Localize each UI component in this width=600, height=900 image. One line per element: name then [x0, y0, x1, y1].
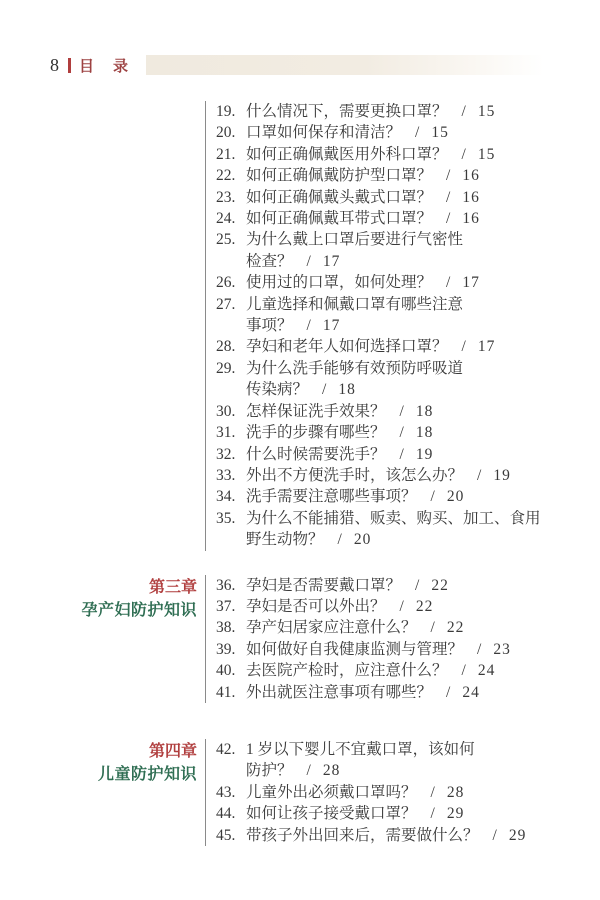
entry-page-number: 17 [323, 317, 341, 334]
toc-entry: 26.使用过的口罩，如何处理？/17 [216, 272, 600, 293]
page-separator-slash: / [446, 274, 450, 291]
chapter-title: 孕产妇防护知识 [0, 599, 197, 622]
entry-number: 19. [216, 101, 246, 122]
entry-page-number: 15 [478, 146, 496, 163]
entry-number: 37. [216, 596, 246, 617]
page-separator-slash: / [307, 762, 311, 779]
toc-entry: 43.儿童外出必须戴口罩吗？/28 [216, 782, 600, 803]
entry-text: 去医院产检时，应注意什么？ [246, 662, 448, 679]
entry-page-number: 22 [416, 598, 434, 615]
page-separator-slash: / [493, 827, 497, 844]
header-gradient-band [146, 55, 544, 75]
page-separator-slash: / [431, 488, 435, 505]
entry-line: 事项？/17 [216, 315, 600, 336]
entry-text: 孕妇是否需要戴口罩？ [246, 577, 401, 594]
entry-number: 31. [216, 422, 246, 443]
entry-line: 检查？/17 [216, 251, 600, 272]
entry-text: 如何正确佩戴头戴式口罩？ [246, 189, 432, 206]
toc-section: 第四章儿童防护知识42.1 岁以下婴儿不宜戴口罩，该如何防护？/2843.儿童外… [0, 739, 600, 846]
entry-page-number: 18 [416, 403, 434, 420]
page-separator-slash: / [400, 403, 404, 420]
toc-entry: 39.如何做好自我健康监测与管理？/23 [216, 639, 600, 660]
entry-text: 怎样保证洗手效果？ [246, 403, 386, 420]
page-separator-slash: / [431, 784, 435, 801]
page-separator-slash: / [431, 805, 435, 822]
toc-header-title: 目 录 [79, 55, 130, 76]
entry-line: 29.为什么洗手能够有效预防呼吸道 [216, 358, 600, 379]
entry-number: 35. [216, 508, 246, 529]
page-separator-slash: / [400, 598, 404, 615]
entry-page-number: 16 [462, 167, 480, 184]
page-separator-slash: / [415, 124, 419, 141]
entry-page-number: 20 [354, 531, 372, 548]
entry-line: 38.孕产妇居家应注意什么？/22 [216, 617, 600, 638]
page-separator-slash: / [431, 619, 435, 636]
entry-number: 25. [216, 229, 246, 250]
entry-line: 防护？/28 [216, 760, 600, 781]
page-separator-slash: / [477, 641, 481, 658]
entry-line: 30.怎样保证洗手效果？/18 [216, 401, 600, 422]
entry-number: 39. [216, 639, 246, 660]
toc-entry: 42.1 岁以下婴儿不宜戴口罩，该如何防护？/28 [216, 739, 600, 782]
page-separator-slash: / [446, 189, 450, 206]
entry-text: 洗手需要注意哪些事项？ [246, 488, 417, 505]
toc-entry: 35.为什么不能捕猎、贩卖、购买、加工、食用野生动物？/20 [216, 508, 600, 551]
toc-entry: 28.孕妇和老年人如何选择口罩？/17 [216, 336, 600, 357]
toc-entry-list: 19.什么情况下，需要更换口罩？/1520.口罩如何保存和清洁？/1521.如何… [205, 101, 600, 551]
entry-page-number: 16 [462, 210, 480, 227]
page-separator-slash: / [338, 531, 342, 548]
toc-entry-list: 36.孕妇是否需要戴口罩？/2237.孕妇是否可以外出？/2238.孕产妇居家应… [205, 575, 600, 703]
entry-number: 42. [216, 739, 246, 760]
entry-text: 孕产妇居家应注意什么？ [246, 619, 417, 636]
entry-line: 28.孕妇和老年人如何选择口罩？/17 [216, 336, 600, 357]
entry-line: 41.外出就医注意事项有哪些？/24 [216, 682, 600, 703]
entry-line: 32.什么时候需要洗手？/19 [216, 444, 600, 465]
entry-line: 40.去医院产检时，应注意什么？/24 [216, 660, 600, 681]
toc-entry: 32.什么时候需要洗手？/19 [216, 444, 600, 465]
entry-line: 34.洗手需要注意哪些事项？/20 [216, 486, 600, 507]
entry-text: 野生动物？ [246, 531, 324, 548]
entry-page-number: 16 [462, 189, 480, 206]
page-separator-slash: / [400, 424, 404, 441]
entry-number: 21. [216, 144, 246, 165]
toc-entry: 38.孕产妇居家应注意什么？/22 [216, 617, 600, 638]
entry-line: 44.如何让孩子接受戴口罩？/29 [216, 803, 600, 824]
entry-text: 检查？ [246, 253, 293, 270]
entry-text: 如何做好自我健康监测与管理？ [246, 641, 463, 658]
entry-text: 儿童外出必须戴口罩吗？ [246, 784, 417, 801]
entry-number: 43. [216, 782, 246, 803]
entry-text: 外出就医注意事项有哪些？ [246, 684, 432, 701]
entry-number: 26. [216, 272, 246, 293]
page-separator-slash: / [446, 684, 450, 701]
chapter-title: 儿童防护知识 [0, 763, 197, 786]
entry-page-number: 15 [431, 124, 449, 141]
entry-number: 38. [216, 617, 246, 638]
entry-number: 44. [216, 803, 246, 824]
page-separator-slash: / [462, 146, 466, 163]
entry-line: 19.什么情况下，需要更换口罩？/15 [216, 101, 600, 122]
entry-page-number: 17 [478, 338, 496, 355]
toc-entry: 21.如何正确佩戴医用外科口罩？/15 [216, 144, 600, 165]
entry-text: 如何正确佩戴医用外科口罩？ [246, 146, 448, 163]
entry-text: 孕妇是否可以外出？ [246, 598, 386, 615]
header-accent-bar [68, 58, 71, 73]
page-separator-slash: / [462, 103, 466, 120]
entry-line: 25.为什么戴上口罩后要进行气密性 [216, 229, 600, 250]
page-separator-slash: / [307, 317, 311, 334]
page-separator-slash: / [462, 338, 466, 355]
chapter-number: 第三章 [0, 576, 197, 599]
page-separator-slash: / [415, 577, 419, 594]
entry-line: 20.口罩如何保存和清洁？/15 [216, 122, 600, 143]
entry-page-number: 29 [447, 805, 465, 822]
entry-page-number: 19 [416, 446, 434, 463]
chapter-number: 第四章 [0, 740, 197, 763]
entry-number: 27. [216, 294, 246, 315]
page-separator-slash: / [477, 467, 481, 484]
toc-entry: 45.带孩子外出回来后，需要做什么？/29 [216, 825, 600, 846]
entry-text: 1 岁以下婴儿不宜戴口罩，该如何 [246, 741, 475, 758]
entry-text: 口罩如何保存和清洁？ [246, 124, 401, 141]
entry-number: 32. [216, 444, 246, 465]
toc-sections: 19.什么情况下，需要更换口罩？/1520.口罩如何保存和清洁？/1521.如何… [0, 101, 600, 846]
chapter-label: 第三章孕产妇防护知识 [0, 575, 205, 703]
entry-number: 45. [216, 825, 246, 846]
toc-entry: 24.如何正确佩戴耳带式口罩？/16 [216, 208, 600, 229]
toc-entry: 44.如何让孩子接受戴口罩？/29 [216, 803, 600, 824]
entry-line: 35.为什么不能捕猎、贩卖、购买、加工、食用 [216, 508, 600, 529]
toc-entry: 27.儿童选择和佩戴口罩有哪些注意事项？/17 [216, 294, 600, 337]
entry-line: 36.孕妇是否需要戴口罩？/22 [216, 575, 600, 596]
toc-entry: 33.外出不方便洗手时，该怎么办？/19 [216, 465, 600, 486]
entry-number: 28. [216, 336, 246, 357]
entry-page-number: 17 [462, 274, 480, 291]
entry-text: 如何让孩子接受戴口罩？ [246, 805, 417, 822]
entry-line: 45.带孩子外出回来后，需要做什么？/29 [216, 825, 600, 846]
entry-page-number: 24 [478, 662, 496, 679]
entry-number: 29. [216, 358, 246, 379]
entry-line: 野生动物？/20 [216, 529, 600, 550]
entry-text: 洗手的步骤有哪些？ [246, 424, 386, 441]
entry-number: 41. [216, 682, 246, 703]
entry-text: 什么时候需要洗手？ [246, 446, 386, 463]
entry-line: 33.外出不方便洗手时，该怎么办？/19 [216, 465, 600, 486]
toc-entry: 19.什么情况下，需要更换口罩？/15 [216, 101, 600, 122]
entry-line: 传染病？/18 [216, 379, 600, 400]
page-separator-slash: / [446, 210, 450, 227]
entry-line: 37.孕妇是否可以外出？/22 [216, 596, 600, 617]
entry-number: 40. [216, 660, 246, 681]
entry-line: 21.如何正确佩戴医用外科口罩？/15 [216, 144, 600, 165]
entry-text: 为什么洗手能够有效预防呼吸道 [246, 360, 463, 377]
toc-entry-list: 42.1 岁以下婴儿不宜戴口罩，该如何防护？/2843.儿童外出必须戴口罩吗？/… [205, 739, 600, 846]
entry-text: 什么情况下，需要更换口罩？ [246, 103, 448, 120]
toc-entry: 41.外出就医注意事项有哪些？/24 [216, 682, 600, 703]
toc-entry: 36.孕妇是否需要戴口罩？/22 [216, 575, 600, 596]
entry-page-number: 28 [323, 762, 341, 779]
entry-page-number: 28 [447, 784, 465, 801]
entry-number: 24. [216, 208, 246, 229]
entry-line: 23.如何正确佩戴头戴式口罩？/16 [216, 187, 600, 208]
chapter-label: 第四章儿童防护知识 [0, 739, 205, 846]
entry-text: 防护？ [246, 762, 293, 779]
entry-line: 39.如何做好自我健康监测与管理？/23 [216, 639, 600, 660]
page-separator-slash: / [462, 662, 466, 679]
entry-number: 36. [216, 575, 246, 596]
page-separator-slash: / [322, 381, 326, 398]
entry-line: 22.如何正确佩戴防护型口罩？/16 [216, 165, 600, 186]
entry-line: 27.儿童选择和佩戴口罩有哪些注意 [216, 294, 600, 315]
page-separator-slash: / [446, 167, 450, 184]
toc-entry: 34.洗手需要注意哪些事项？/20 [216, 486, 600, 507]
entry-number: 33. [216, 465, 246, 486]
toc-entry: 29.为什么洗手能够有效预防呼吸道传染病？/18 [216, 358, 600, 401]
entry-page-number: 22 [431, 577, 449, 594]
entry-line: 43.儿童外出必须戴口罩吗？/28 [216, 782, 600, 803]
entry-line: 26.使用过的口罩，如何处理？/17 [216, 272, 600, 293]
entry-text: 带孩子外出回来后，需要做什么？ [246, 827, 479, 844]
entry-text: 儿童选择和佩戴口罩有哪些注意 [246, 296, 463, 313]
toc-entry: 37.孕妇是否可以外出？/22 [216, 596, 600, 617]
entry-text: 为什么戴上口罩后要进行气密性 [246, 231, 463, 248]
entry-number: 23. [216, 187, 246, 208]
toc-section: 第三章孕产妇防护知识36.孕妇是否需要戴口罩？/2237.孕妇是否可以外出？/2… [0, 575, 600, 703]
toc-entry: 22.如何正确佩戴防护型口罩？/16 [216, 165, 600, 186]
entry-page-number: 24 [462, 684, 480, 701]
entry-text: 如何正确佩戴耳带式口罩？ [246, 210, 432, 227]
entry-text: 事项？ [246, 317, 293, 334]
page-separator-slash: / [400, 446, 404, 463]
toc-entry: 23.如何正确佩戴头戴式口罩？/16 [216, 187, 600, 208]
entry-line: 31.洗手的步骤有哪些？/18 [216, 422, 600, 443]
toc-entry: 25.为什么戴上口罩后要进行气密性检查？/17 [216, 229, 600, 272]
page-header: 8 目 录 [50, 54, 600, 76]
entry-text: 为什么不能捕猎、贩卖、购买、加工、食用 [246, 510, 541, 527]
page-separator-slash: / [307, 253, 311, 270]
entry-number: 30. [216, 401, 246, 422]
book-page: { "header": { "page_number": "8", "title… [0, 0, 600, 900]
entry-line: 42.1 岁以下婴儿不宜戴口罩，该如何 [216, 739, 600, 760]
page-number: 8 [50, 54, 59, 76]
entry-text: 孕妇和老年人如何选择口罩？ [246, 338, 448, 355]
entry-number: 20. [216, 122, 246, 143]
entry-line: 24.如何正确佩戴耳带式口罩？/16 [216, 208, 600, 229]
entry-text: 如何正确佩戴防护型口罩？ [246, 167, 432, 184]
entry-text: 外出不方便洗手时，该怎么办？ [246, 467, 463, 484]
toc-entry: 20.口罩如何保存和清洁？/15 [216, 122, 600, 143]
toc-entry: 31.洗手的步骤有哪些？/18 [216, 422, 600, 443]
entry-page-number: 29 [509, 827, 527, 844]
entry-number: 34. [216, 486, 246, 507]
entry-number: 22. [216, 165, 246, 186]
entry-text: 传染病？ [246, 381, 308, 398]
entry-page-number: 19 [493, 467, 511, 484]
entry-page-number: 18 [416, 424, 434, 441]
chapter-label [0, 101, 205, 551]
entry-page-number: 17 [323, 253, 341, 270]
entry-page-number: 18 [338, 381, 356, 398]
entry-page-number: 20 [447, 488, 465, 505]
entry-page-number: 22 [447, 619, 465, 636]
entry-page-number: 15 [478, 103, 496, 120]
entry-text: 使用过的口罩，如何处理？ [246, 274, 432, 291]
toc-section: 19.什么情况下，需要更换口罩？/1520.口罩如何保存和清洁？/1521.如何… [0, 101, 600, 551]
entry-page-number: 23 [493, 641, 511, 658]
toc-entry: 30.怎样保证洗手效果？/18 [216, 401, 600, 422]
toc-entry: 40.去医院产检时，应注意什么？/24 [216, 660, 600, 681]
